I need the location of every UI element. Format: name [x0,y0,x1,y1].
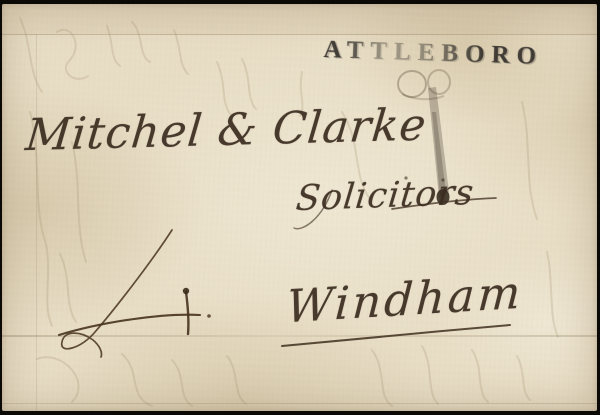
address-line-3: Windham [285,270,524,330]
rate-marking-4 [59,230,211,357]
address-line-1: Mitchel & Clarke [24,104,429,159]
address-line-2: Solicitors [294,176,476,217]
letter-paper: ATTLEBORO [2,4,597,411]
postmark-date-remnant [398,70,450,99]
cover-photo: ATTLEBORO [0,0,600,415]
